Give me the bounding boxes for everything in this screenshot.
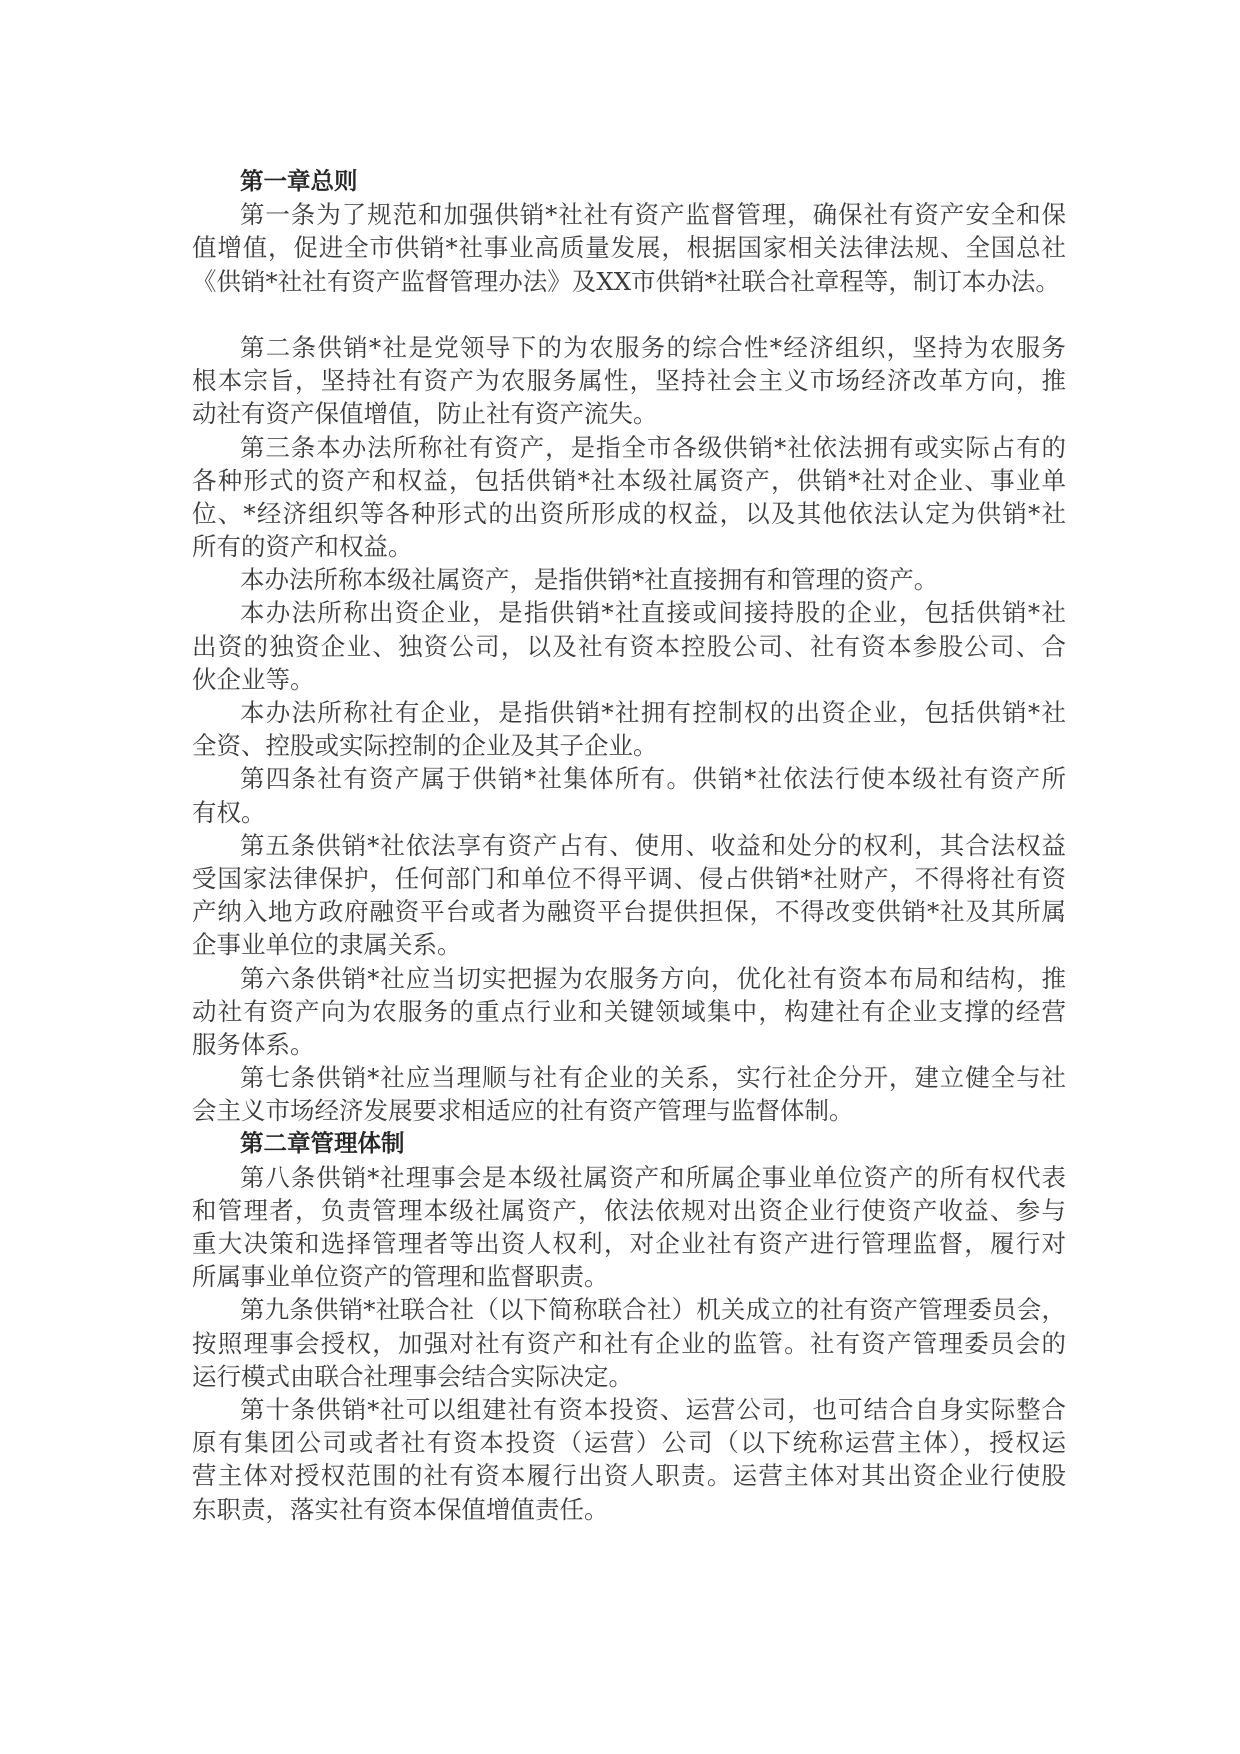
article-2: 第二条供销*社是党领导下的为农服务的综合性*经济组织，坚持为农服务 根本宗旨，坚… — [192, 331, 1066, 431]
text-line: 和管理者，负责管理本级社属资产，依法依规对出资企业行使资产收益、参与 — [192, 1194, 1066, 1227]
text-line: 根本宗旨，坚持社有资产为农服务属性，坚持社会主义市场经济改革方向，推 — [192, 364, 1066, 397]
article-9: 第九条供销*社联合社（以下简称联合社）机关成立的社有资产管理委员会， 按照理事会… — [192, 1293, 1066, 1393]
document-body: 第一章总则 第一条为了规范和加强供销*社社有资产监督管理，确保社有资产安全和保 … — [192, 165, 1066, 1526]
text-line: 《供销*社社有资产监督管理办法》及XX市供销*社联合社章程等，制订本办法。 — [192, 265, 1066, 298]
text-line: 服务体系。 — [192, 1028, 1066, 1061]
text-line: 第二条供销*社是党领导下的为农服务的综合性*经济组织，坚持为农服务 — [192, 331, 1066, 364]
text-line: 位、*经济组织等各种形式的出资所形成的权益，以及其他依法认定为供销*社 — [192, 497, 1066, 530]
article-4: 第四条社有资产属于供销*社集体所有。供销*社依法行使本级社有资产所 有权。 — [192, 762, 1066, 828]
text-line: 第九条供销*社联合社（以下简称联合社）机关成立的社有资产管理委员会， — [192, 1293, 1066, 1326]
text-line: 伙企业等。 — [192, 663, 1066, 696]
text-line: 值增值，促进全市供销*社事业高质量发展，根据国家相关法律法规、全国总社 — [192, 231, 1066, 264]
text-line: 第三条本办法所称社有资产，是指全市各级供销*社依法拥有或实际占有的 — [192, 431, 1066, 464]
text-line: 第八条供销*社理事会是本级社属资产和所属企事业单位资产的所有权代表 — [192, 1161, 1066, 1194]
article-8: 第八条供销*社理事会是本级社属资产和所属企事业单位资产的所有权代表 和管理者，负… — [192, 1161, 1066, 1294]
text-line: 会主义市场经济发展要求相适应的社有资产管理与监督体制。 — [192, 1094, 1066, 1127]
article-7: 第七条供销*社应当理顺与社有企业的关系，实行社企分开，建立健全与社 会主义市场经… — [192, 1061, 1066, 1127]
text-line: 重大决策和选择管理者等出资人权利，对企业社有资产进行管理监督，履行对 — [192, 1227, 1066, 1260]
text-line: 动社有资产向为农服务的重点行业和关键领域集中，构建社有企业支撑的经营 — [192, 995, 1066, 1028]
text-line: 所属事业单位资产的管理和监督职责。 — [192, 1260, 1066, 1293]
definition-paragraph: 本办法所称社有企业，是指供销*社拥有控制权的出资企业，包括供销*社 全资、控股或… — [192, 696, 1066, 762]
text-line: 按照理事会授权，加强对社有资产和社有企业的监管。社有资产管理委员会的 — [192, 1327, 1066, 1360]
definition-paragraph: 本办法所称出资企业，是指供销*社直接或间接持股的企业，包括供销*社 出资的独资企… — [192, 596, 1066, 696]
text-line: 所有的资产和权益。 — [192, 530, 1066, 563]
article-10: 第十条供销*社可以组建社有资本投资、运营公司，也可结合自身实际整合 原有集团公司… — [192, 1393, 1066, 1526]
text-line: 第一条为了规范和加强供销*社社有资产监督管理，确保社有资产安全和保 — [192, 198, 1066, 231]
blank-line — [192, 298, 1066, 331]
text-line: 运行模式由联合社理事会结合实际决定。 — [192, 1360, 1066, 1393]
document-page: 第一章总则 第一条为了规范和加强供销*社社有资产监督管理，确保社有资产安全和保 … — [0, 0, 1240, 1754]
text-line: 营主体对授权范围的社有资本履行出资人职责。运营主体对其出资企业行使股 — [192, 1459, 1066, 1492]
text-line: 本办法所称社有企业，是指供销*社拥有控制权的出资企业，包括供销*社 — [192, 696, 1066, 729]
text-line: 第五条供销*社依法享有资产占有、使用、收益和处分的权利，其合法权益 — [192, 829, 1066, 862]
text-line: 第七条供销*社应当理顺与社有企业的关系，实行社企分开，建立健全与社 — [192, 1061, 1066, 1094]
article-1: 第一条为了规范和加强供销*社社有资产监督管理，确保社有资产安全和保 值增值，促进… — [192, 198, 1066, 298]
text-line: 出资的独资企业、独资公司，以及社有资本控股公司、社有资本参股公司、合 — [192, 630, 1066, 663]
article-3: 第三条本办法所称社有资产，是指全市各级供销*社依法拥有或实际占有的 各种形式的资… — [192, 431, 1066, 564]
text-line: 原有集团公司或者社有资本投资（运营）公司（以下统称运营主体），授权运 — [192, 1426, 1066, 1459]
text-line: 有权。 — [192, 796, 1066, 829]
text-line: 动社有资产保值增值，防止社有资产流失。 — [192, 397, 1066, 430]
text-line: 各种形式的资产和权益，包括供销*社本级社属资产，供销*社对企业、事业单 — [192, 464, 1066, 497]
text-line: 全资、控股或实际控制的企业及其子企业。 — [192, 729, 1066, 762]
text-line: 本办法所称出资企业，是指供销*社直接或间接持股的企业，包括供销*社 — [192, 596, 1066, 629]
text-line: 受国家法律保护，任何部门和单位不得平调、侵占供销*社财产，不得将社有资 — [192, 862, 1066, 895]
text-line: 产纳入地方政府融资平台或者为融资平台提供担保，不得改变供销*社及其所属 — [192, 895, 1066, 928]
text-line: 本办法所称本级社属资产，是指供销*社直接拥有和管理的资产。 — [192, 563, 1066, 596]
text-line: 东职责，落实社有资本保值增值责任。 — [192, 1493, 1066, 1526]
chapter-heading: 第二章管理体制 — [192, 1127, 1066, 1160]
chapter-heading: 第一章总则 — [192, 165, 1066, 198]
article-5: 第五条供销*社依法享有资产占有、使用、收益和处分的权利，其合法权益 受国家法律保… — [192, 829, 1066, 962]
text-line: 第四条社有资产属于供销*社集体所有。供销*社依法行使本级社有资产所 — [192, 762, 1066, 795]
definition-paragraph: 本办法所称本级社属资产，是指供销*社直接拥有和管理的资产。 — [192, 563, 1066, 596]
text-line: 第十条供销*社可以组建社有资本投资、运营公司，也可结合自身实际整合 — [192, 1393, 1066, 1426]
article-6: 第六条供销*社应当切实把握为农服务方向，优化社有资本布局和结构，推 动社有资产向… — [192, 962, 1066, 1062]
text-line: 第六条供销*社应当切实把握为农服务方向，优化社有资本布局和结构，推 — [192, 962, 1066, 995]
text-line: 企事业单位的隶属关系。 — [192, 928, 1066, 961]
